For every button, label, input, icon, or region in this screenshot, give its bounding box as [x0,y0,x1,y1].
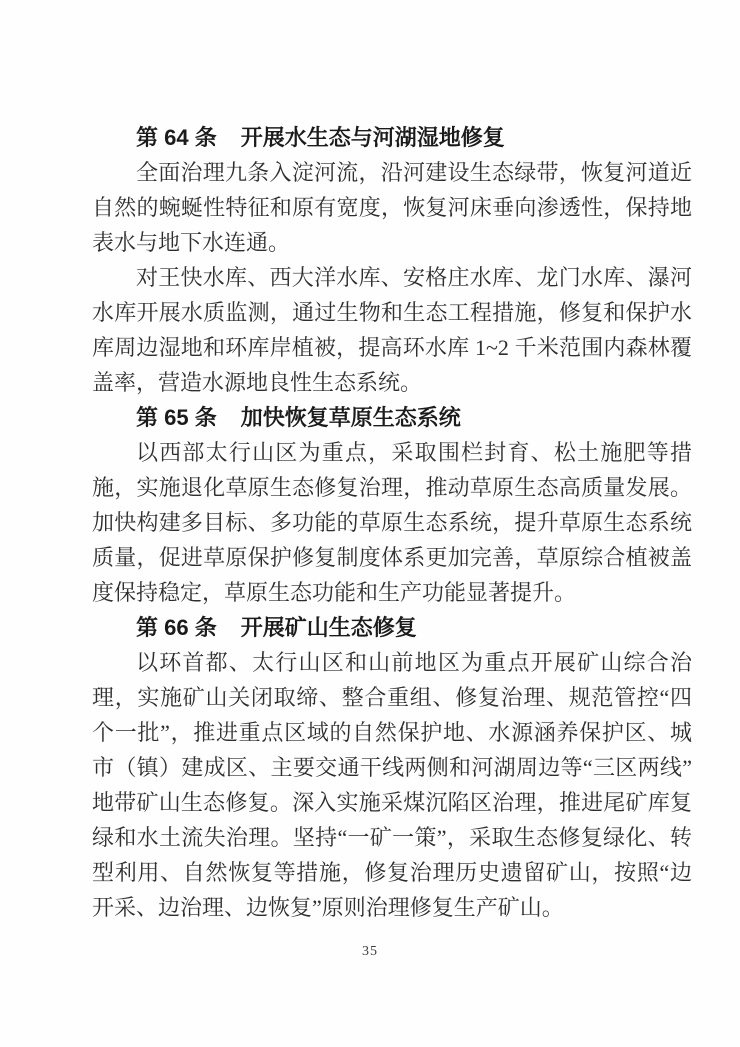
article-65-title: 加快恢复草原生态系统 [241,405,461,430]
article-66-heading: 第 66 条开展矿山生态修复 [92,610,692,645]
article-64-title: 开展水生态与河湖湿地修复 [241,125,505,150]
article-65-paragraph-1: 以西部太行山区为重点，采取围栏封育、松土施肥等措施，实施退化草原生态修复治理，推… [92,435,692,610]
article-64-number: 第 64 条 [136,125,217,150]
article-66-paragraph-1: 以环首都、太行山区和山前地区为重点开展矿山综合治理，实施矿山关闭取缔、整合重组、… [92,645,692,925]
page-number: 35 [0,942,740,962]
article-66-title: 开展矿山生态修复 [241,615,417,640]
article-66-number: 第 66 条 [136,615,217,640]
article-64-paragraph-2: 对王快水库、西大洋水库、安格庄水库、龙门水库、瀑河水库开展水质监测，通过生物和生… [92,260,692,400]
document-page: 第 64 条开展水生态与河湖湿地修复 全面治理九条入淀河流，沿河建设生态绿带，恢… [0,0,740,1047]
document-body: 第 64 条开展水生态与河湖湿地修复 全面治理九条入淀河流，沿河建设生态绿带，恢… [92,120,692,925]
article-64-paragraph-1: 全面治理九条入淀河流，沿河建设生态绿带，恢复河道近自然的蜿蜒性特征和原有宽度，恢… [92,155,692,260]
article-64-heading: 第 64 条开展水生态与河湖湿地修复 [92,120,692,155]
article-65-heading: 第 65 条加快恢复草原生态系统 [92,400,692,435]
article-65-number: 第 65 条 [136,405,217,430]
